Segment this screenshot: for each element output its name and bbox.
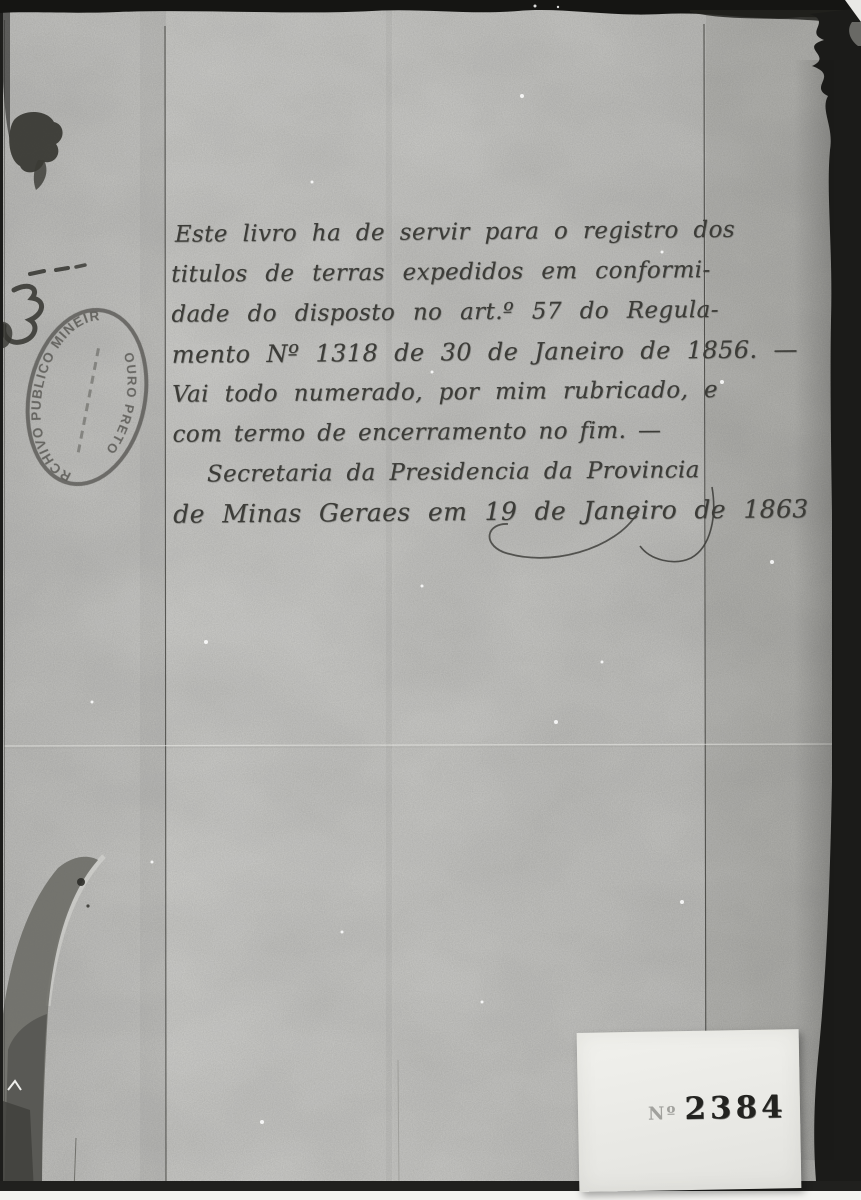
manuscript-line: com termo de encerramento no fim. —: [172, 409, 808, 455]
scanner-left-edge: [0, 0, 3, 1200]
scan-artifacts-layer: [0, 0, 861, 1200]
catalog-number-prefix: Nº: [648, 1103, 678, 1125]
manuscript-line: mento Nº 1318 de 30 de Janeiro de 1856. …: [172, 329, 808, 375]
catalog-number-row: Nº 2384: [648, 1089, 787, 1127]
stamp-center-dashes: [78, 342, 99, 452]
manuscript-block: Este livro ha de servir para o registro …: [171, 209, 809, 535]
bottom-white-strip: [0, 1191, 861, 1200]
manuscript-line: Vai todo numerado, por mim rubricado, e: [172, 369, 808, 415]
manuscript-line: dade do disposto no art.º 57 do Regula-: [171, 289, 807, 335]
catalog-number: 2384: [684, 1089, 787, 1127]
manuscript-line: de Minas Geraes em 19 de Janeiro de 1863: [173, 489, 809, 535]
stamp-text-bottom: OURO PRETO: [101, 348, 147, 460]
catalog-label: Nº 2384: [577, 1029, 802, 1192]
manuscript-line: Este livro ha de servir para o registro …: [171, 209, 807, 255]
svg-text:OURO PRETO: OURO PRETO: [101, 348, 147, 460]
manuscript-line: titulos de terras expedidos em conformi-: [171, 249, 807, 295]
manuscript-line: Secretaria da Presidencia da Provincia: [173, 449, 809, 495]
scanned-page: ARCHIVO PUBLICO MINEIRO OURO PRETO Este …: [0, 0, 861, 1200]
